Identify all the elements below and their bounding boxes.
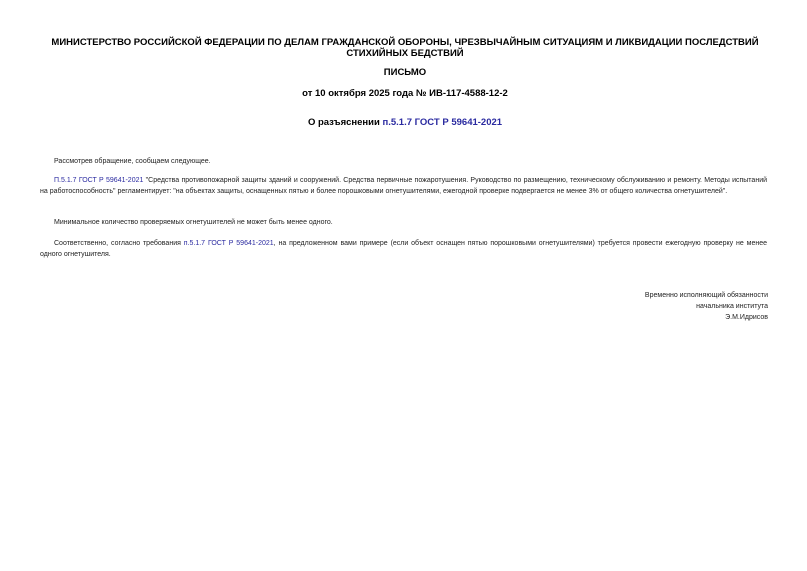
ministry-heading: МИНИСТЕРСТВО РОССИЙСКОЙ ФЕДЕРАЦИИ ПО ДЕЛ…	[40, 37, 770, 59]
signature-position: Временно исполняющий обязанности	[645, 290, 768, 301]
paragraph-gost-quote: П.5.1.7 ГОСТ Р 59641-2021 "Средства прот…	[40, 175, 767, 197]
gost-link-1[interactable]: П.5.1.7 ГОСТ Р 59641-2021	[54, 177, 143, 184]
signature-name: Э.М.Идрисов	[725, 312, 768, 323]
paragraph-minimum: Минимальное количество проверяемых огнет…	[40, 217, 753, 228]
intro-text: Рассмотрев обращение, сообщаем следующее…	[54, 158, 211, 165]
document-date-number: от 10 октября 2025 года № ИВ-117-4588-12…	[40, 88, 770, 99]
gost-link-2[interactable]: п.5.1.7 ГОСТ Р 59641-2021	[184, 240, 274, 247]
subject-prefix: О разъяснении	[308, 117, 383, 128]
subject-gost-link[interactable]: п.5.1.7 ГОСТ Р 59641-2021	[383, 117, 503, 128]
document-subject: О разъяснении п.5.1.7 ГОСТ Р 59641-2021	[40, 117, 770, 128]
paragraph-conclusion: Соответственно, согласно требования п.5.…	[40, 238, 767, 260]
gost-quote-text: "Средства противопожарной защиты зданий …	[40, 177, 767, 195]
conclusion-before: Соответственно, согласно требования	[54, 240, 184, 247]
document-type: ПИСЬМО	[40, 67, 770, 78]
signature-organization: начальника института	[696, 301, 768, 312]
minimum-text: Минимальное количество проверяемых огнет…	[54, 219, 333, 226]
paragraph-intro: Рассмотрев обращение, сообщаем следующее…	[40, 156, 753, 167]
